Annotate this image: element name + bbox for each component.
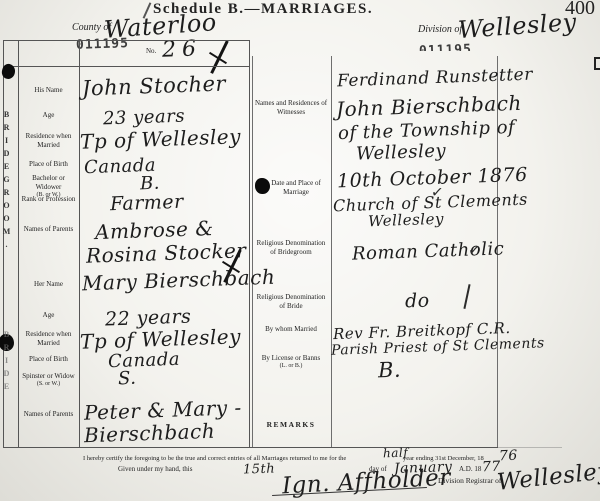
field-label-age-groom: Age [19,111,78,120]
certify-text-1: I hereby certify the foregoing to be the… [83,455,346,462]
status-bride-sub: (S. or W.) [19,381,78,389]
certify-year: 76 [499,448,518,465]
page-edge-bracket [594,57,600,70]
bridegroom-side-label: BRIDEGROOM. [2,110,11,250]
field-label-marriage: Date and Place of Marriage [262,179,330,197]
table-header-rule [3,66,249,67]
registration-stamp-right-clipped: 011195 [419,43,489,51]
field-label-residence-bride: Residence when Married [19,330,78,348]
field-label-denom-bride: Religious Denomination of Bride [253,293,329,311]
status-bride-text: Spinster or Widow [22,372,74,380]
record-no-label: No. [146,47,156,55]
given-text: Given under my hand, this [118,465,192,473]
v-line-left-entries-right [249,40,250,447]
entry-witness-4: Wellesley [356,140,447,164]
registrar-label: Division Registrar of [438,476,501,485]
v-line-mid-labels-right [331,56,332,447]
entry-his-name: John Stocher [82,71,227,100]
given-day: 15th [243,461,276,477]
field-label-her-name: Her Name [19,280,78,289]
field-label-parents-bride: Names of Parents [19,410,78,419]
field-label-witnesses: Names and Residences of Witnesses [253,99,329,117]
field-label-married-by: By whom Married [253,325,329,334]
field-label-denom-groom: Religious Denomination of Bridegroom [253,239,329,257]
field-label-age-bride: Age [19,311,78,320]
field-label-parents-groom: Names of Parents [19,225,78,234]
field-label-residence-groom: Residence when Married [19,132,78,150]
license-label-sub: (L. or B.) [253,363,329,371]
ad-text: A.D. 18 [459,465,481,473]
table-bottom-border [3,447,498,448]
check-mark-icon-denom-groom: ✓ [467,240,481,259]
field-label-rank: Rank or Profession [19,195,78,204]
bride-side-label: BRIDE [2,330,11,420]
field-label-remarks: REMARKS [253,420,329,429]
entry-denom-bride: do [405,290,430,313]
table-top-border [3,40,249,41]
entry-license: B. [378,358,402,383]
entry-marriage-place-2: Wellesley [368,210,444,231]
field-label-license: By License or Banns (L. or B.) [253,354,329,370]
v-line-label-col [79,40,80,447]
field-label-birth-groom: Place of Birth [19,160,78,169]
license-label-text: By License or Banns [262,354,321,362]
registration-stamp-left: 011195 [76,36,129,53]
registration-stamp-right: 011195 [419,43,472,51]
status-groom-text: Bachelor or Widower [32,174,65,191]
division-label: Division of [418,24,462,35]
entry-parents-bride-2: Bierschbach [84,419,216,448]
field-label-status-bride: Spinster or Widow (S. or W.) [19,372,78,388]
field-label-birth-bride: Place of Birth [19,355,78,364]
field-label-his-name: His Name [19,86,78,95]
entry-status-bride: S. [118,368,137,390]
entry-rank: Farmer [110,191,184,216]
